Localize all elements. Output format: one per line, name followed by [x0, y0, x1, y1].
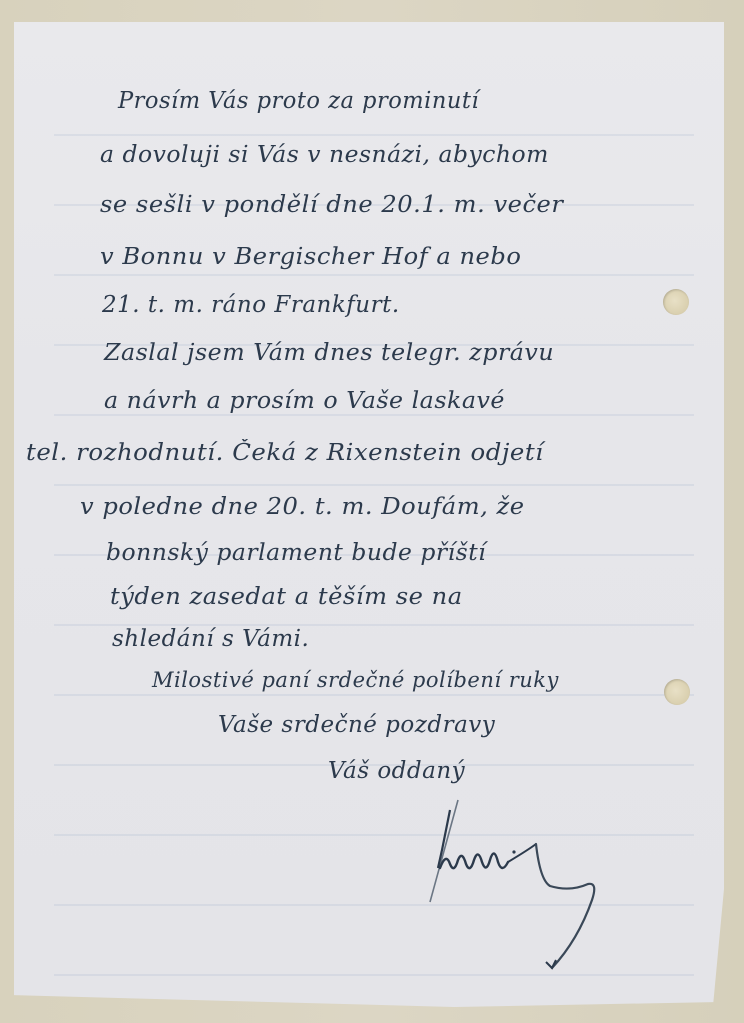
letter-line-6: Zaslal jsem Vám dnes telegr. zprávu: [104, 340, 554, 366]
letter-line-8: tel. rozhodnutí. Čeká z Rixenstein odjet…: [26, 440, 544, 466]
signature: [428, 790, 608, 970]
letter-line-5: 21. t. m. ráno Frankfurt.: [102, 292, 400, 318]
letter-line-12: shledání s Vámi.: [112, 626, 309, 652]
letter-line-4: v Bonnu v Bergischer Hof a nebo: [100, 244, 521, 270]
punch-hole-top: [663, 289, 689, 315]
letter-line-3: se sešli v pondělí dne 20.1. m. večer: [100, 192, 563, 218]
closing-line-2: Vaše srdečné pozdravy: [218, 712, 495, 738]
letter-line-1: Prosím Vás proto za prominutí: [118, 88, 479, 114]
closing-line-3: Váš oddaný: [328, 758, 465, 784]
letter-line-7: a návrh a prosím o Vaše laskavé: [104, 388, 505, 414]
letter-line-11: týden zasedat a těším se na: [110, 584, 463, 610]
letter-line-10: bonnský parlament bude příští: [106, 540, 486, 566]
letter-line-2: a dovoluji si Vás v nesnázi, abychom: [100, 142, 549, 168]
closing-line-1: Milostivé paní srdečné políbení ruky: [152, 668, 559, 692]
letter-line-9: v poledne dne 20. t. m. Doufám, že: [80, 494, 525, 520]
punch-hole-bottom: [664, 679, 690, 705]
